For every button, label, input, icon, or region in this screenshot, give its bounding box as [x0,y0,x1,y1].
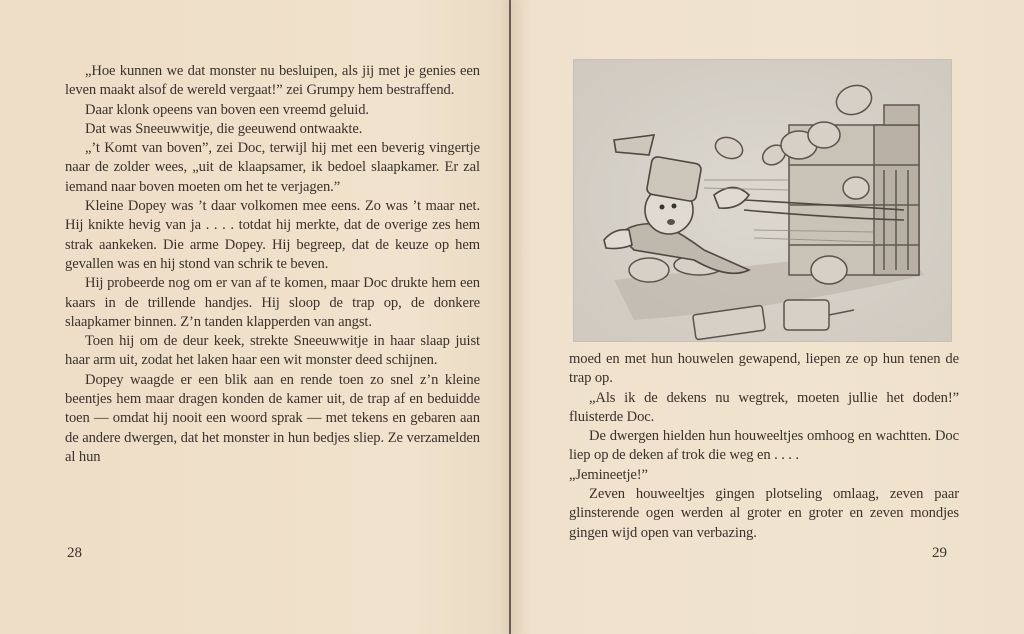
book-spread: „Hoe kunnen we dat monster nu besluipen,… [0,0,1024,634]
paragraph: Daar klonk opeens van boven een vreemd g… [65,101,480,120]
paragraph: moed en met hun houwelen gewapend, liepe… [569,350,959,389]
paragraph: „Als ik de dekens nu wegtrek, moeten jul… [569,389,959,428]
left-page-text: „Hoe kunnen we dat monster nu besluipen,… [65,62,480,467]
paragraph: Toen hij om de deur keek, strekte Sneeuw… [65,332,480,371]
dopey-illustration-icon [574,60,951,341]
paragraph: Kleine Dopey was ’t daar volkomen mee ee… [65,197,480,274]
paragraph: De dwergen hielden hun houweeltjes omhoo… [569,427,959,466]
paragraph: „Jemineetje!” [569,466,959,485]
paragraph: Dopey waagde er een blik aan en rende to… [65,371,480,467]
paragraph: Hij probeerde nog om er van af te komen,… [65,274,480,332]
paragraph: „Hoe kunnen we dat monster nu besluipen,… [65,62,480,101]
page-number: 29 [932,545,947,562]
paragraph: Dat was Sneeuwwitje, die geeuwend ontwaa… [65,120,480,139]
illustration [573,59,952,342]
right-page: moed en met hun houwelen gewapend, liepe… [511,0,1024,634]
paragraph: Zeven houweeltjes gingen plotseling omla… [569,485,959,543]
paragraph: „’t Komt van boven”, zei Doc, terwijl hi… [65,139,480,197]
page-number: 28 [67,545,82,562]
left-page: „Hoe kunnen we dat monster nu besluipen,… [0,0,509,634]
right-page-text: moed en met hun houwelen gewapend, liepe… [569,350,959,543]
